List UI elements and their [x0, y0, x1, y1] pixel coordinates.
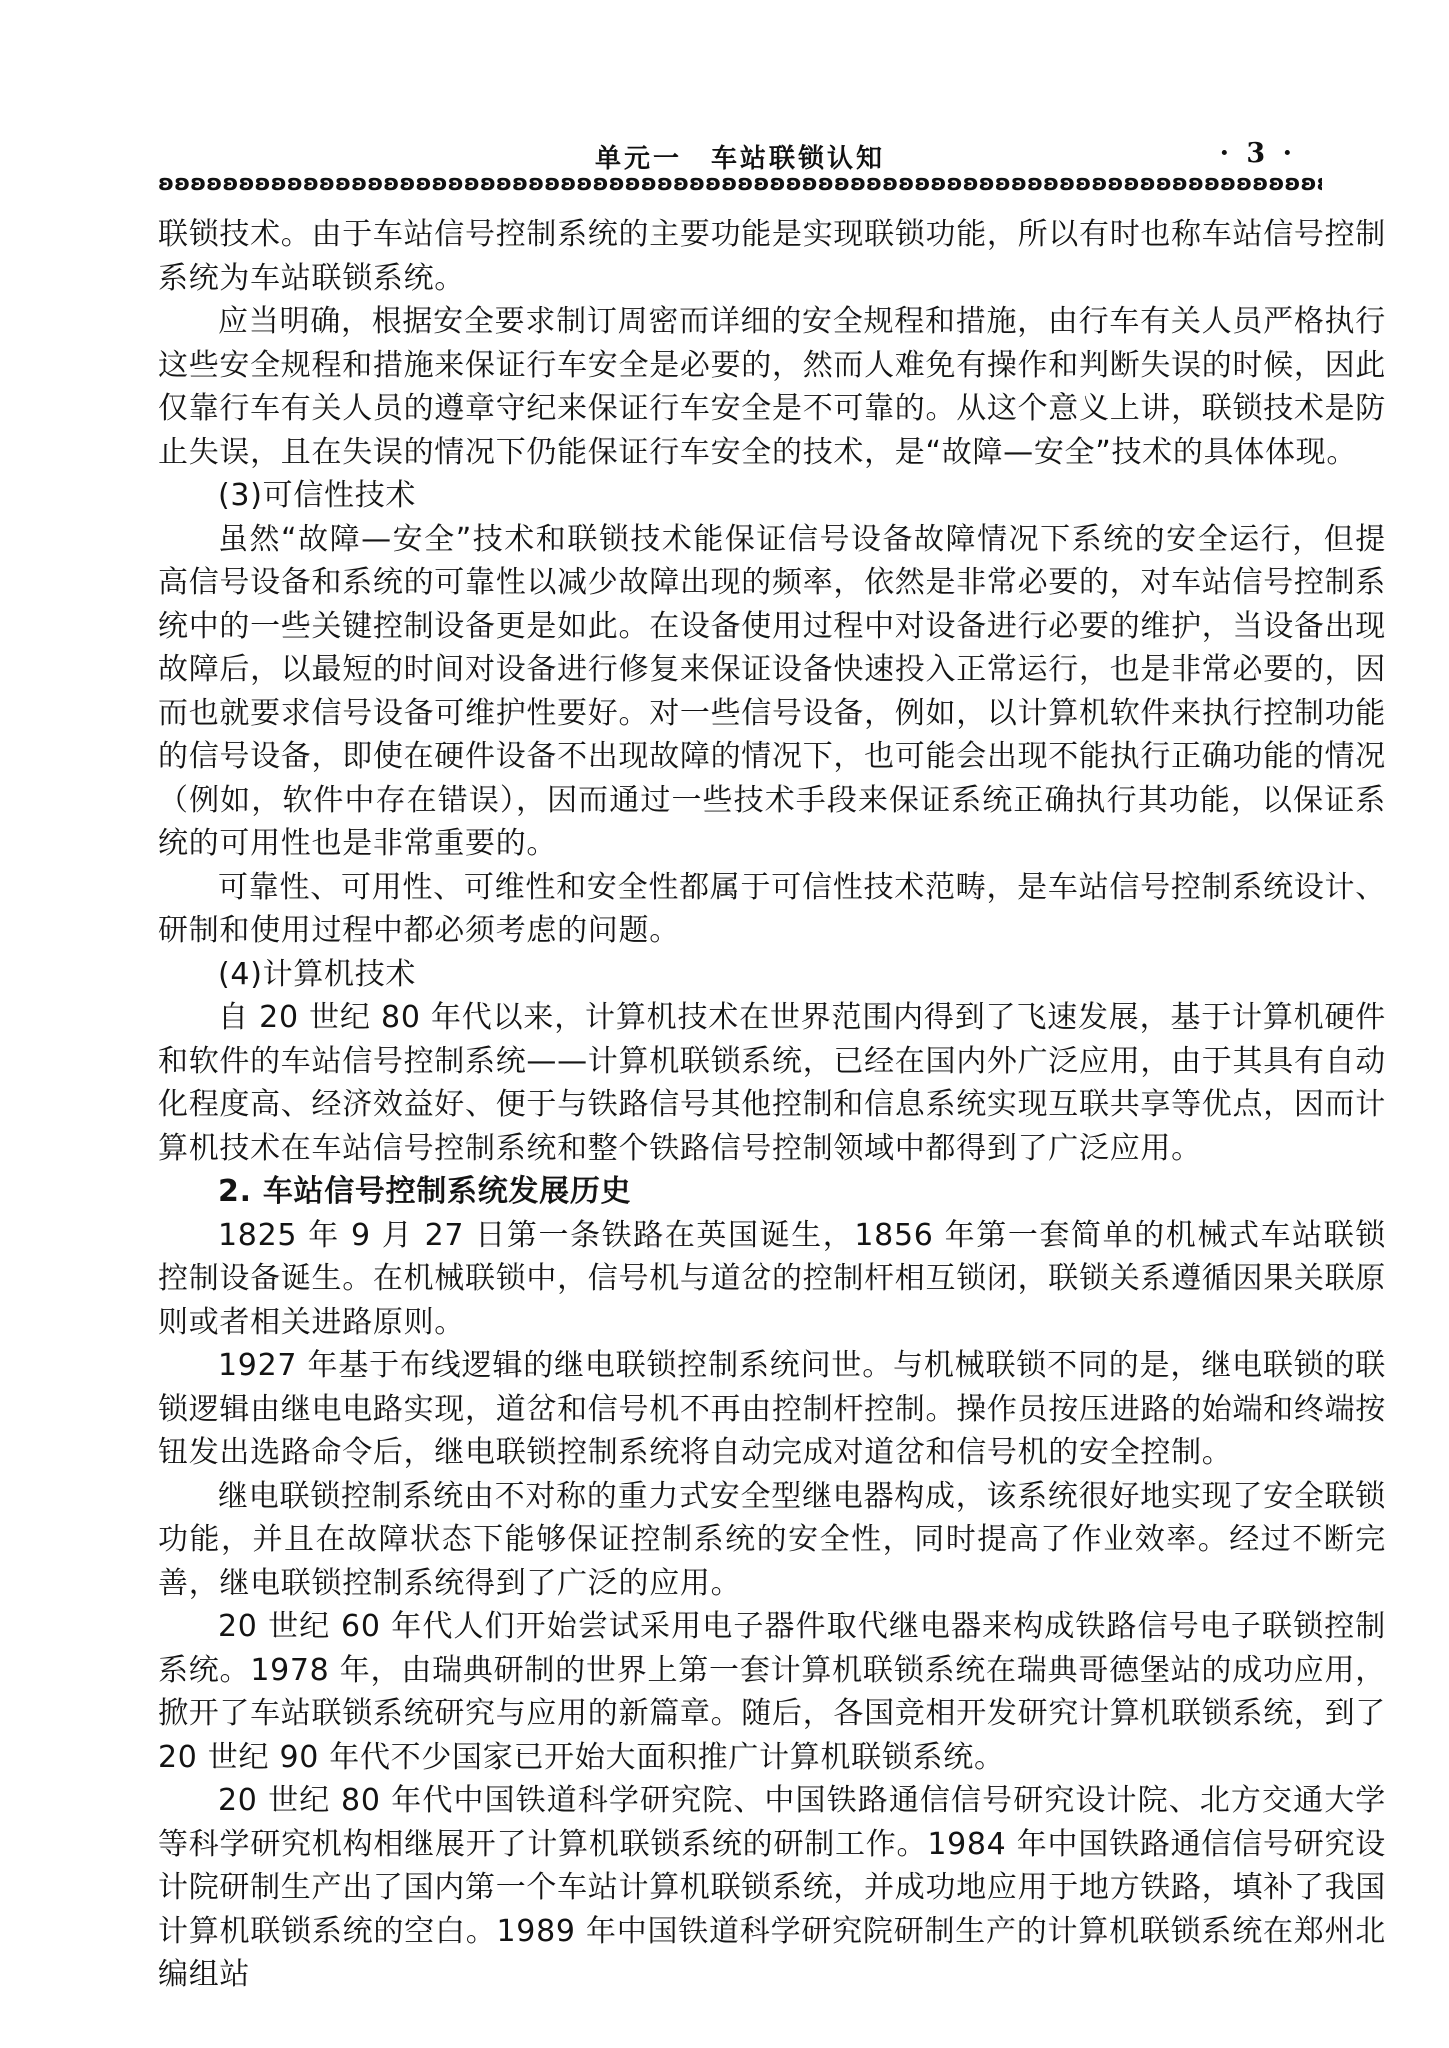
paragraph: 继电联锁控制系统由不对称的重力式安全型继电器构成，该系统很好地实现了安全联锁功能…: [158, 1475, 1386, 1606]
section-heading: 2. 车站信号控制系统发展历史: [158, 1170, 1386, 1214]
paragraph: 1825 年 9 月 27 日第一条铁路在英国诞生，1856 年第一套简单的机械…: [158, 1214, 1386, 1345]
ornamental-border-icon: ʚʚʚʚʚʚʚʚʚʚʚʚʚʚʚʚʚʚʚʚʚʚʚʚʚʚʚʚʚʚʚʚʚʚʚʚʚʚʚʚ…: [158, 171, 1322, 198]
paragraph: 虽然“故障—安全”技术和联锁技术能保证信号设备故障情况下系统的安全运行，但提高信…: [158, 518, 1386, 866]
page-number: · 3 ·: [1220, 138, 1296, 169]
paragraph: 应当明确，根据安全要求制订周密而详细的安全规程和措施，由行车有关人员严格执行这些…: [158, 300, 1386, 474]
paragraph: 自 20 世纪 80 年代以来，计算机技术在世界范围内得到了飞速发展，基于计算机…: [158, 996, 1386, 1170]
paragraph: (4)计算机技术: [158, 953, 1386, 997]
chapter-title: 单元一 车站联锁认知: [595, 138, 885, 175]
page-body: 联锁技术。由于车站信号控制系统的主要功能是实现联锁功能，所以有时也称车站信号控制…: [158, 213, 1386, 1997]
paragraph: 20 世纪 60 年代人们开始尝试采用电子器件取代继电器来构成铁路信号电子联锁控…: [158, 1605, 1386, 1779]
book-page: 单元一 车站联锁认知 · 3 · ʚʚʚʚʚʚʚʚʚʚʚʚʚʚʚʚʚʚʚʚʚʚʚ…: [0, 0, 1449, 2048]
paragraph: 20 世纪 80 年代中国铁道科学研究院、中国铁路通信信号研究设计院、北方交通大…: [158, 1779, 1386, 1997]
paragraph: 可靠性、可用性、可维性和安全性都属于可信性技术范畴，是车站信号控制系统设计、研制…: [158, 866, 1386, 953]
paragraph: (3)可信性技术: [158, 474, 1386, 518]
paragraph: 1927 年基于布线逻辑的继电联锁控制系统问世。与机械联锁不同的是，继电联锁的联…: [158, 1344, 1386, 1475]
running-head: 单元一 车站联锁认知 · 3 ·: [158, 138, 1386, 170]
paragraph: 联锁技术。由于车站信号控制系统的主要功能是实现联锁功能，所以有时也称车站信号控制…: [158, 213, 1386, 300]
